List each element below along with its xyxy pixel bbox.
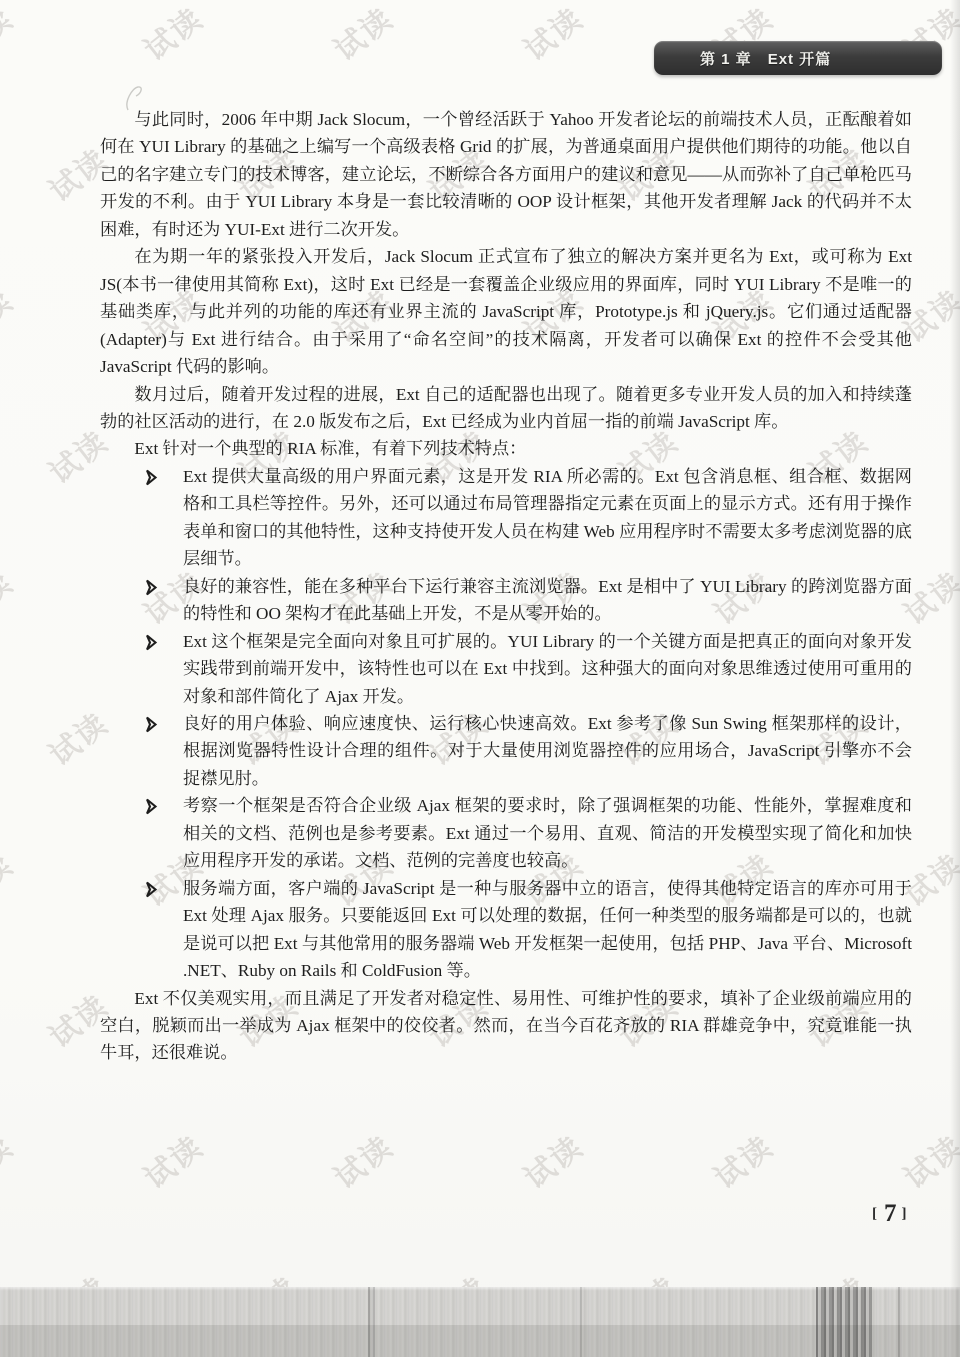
watermark-text: 试读 xyxy=(0,277,21,351)
paragraph: 在为期一年的紧张投入开发后，Jack Slocum 正式宣布了独立的解决方案并更… xyxy=(100,243,912,380)
scan-bar-cluster xyxy=(580,1287,585,1357)
list-intro: Ext 针对一个典型的 RIA 标准，有着下列技术特点： xyxy=(100,435,912,462)
watermark-text: 试读 xyxy=(513,0,591,69)
page-number: [7] xyxy=(872,1200,909,1228)
bullet-text: 服务端方面，客户端的 JavaScript 是一种与服务器中立的语言，使得其他特… xyxy=(183,879,912,980)
page-number-bracket: ] xyxy=(902,1206,909,1222)
page-number-bracket: [ xyxy=(872,1206,879,1222)
arrow-bullet-icon xyxy=(145,716,158,733)
bullet-text: 考察一个框架是否符合企业级 Ajax 框架的要求时，除了强调框架的功能、性能外，… xyxy=(183,796,912,870)
bullet-item: Ext 这个框架是完全面向对象且可扩展的。YUI Library 的一个关键方面… xyxy=(100,628,912,710)
watermark-text: 试读 xyxy=(0,0,21,69)
watermark-text: 试读 xyxy=(133,1123,211,1197)
scan-bar-cluster xyxy=(816,1287,872,1357)
bullet-text: 良好的用户体验、响应速度快、运行核心快速高效。Ext 参考了像 Sun Swin… xyxy=(183,714,912,788)
bullet-text: Ext 这个框架是完全面向对象且可扩展的。YUI Library 的一个关键方面… xyxy=(183,632,912,706)
watermark-text: 试读 xyxy=(0,1123,21,1197)
bullet-text: 良好的兼容性，能在多种平台下运行兼容主流浏览器。Ext 是相中了 YUI Lib… xyxy=(183,577,912,623)
scan-artifact-strip xyxy=(0,1287,960,1357)
bullet-item: 良好的用户体验、响应速度快、运行核心快速高效。Ext 参考了像 Sun Swin… xyxy=(100,710,912,792)
watermark-text: 试读 xyxy=(323,0,401,69)
closing-paragraph: Ext 不仅美观实用，而且满足了开发者对稳定性、易用性、可维护性的要求，填补了企… xyxy=(100,985,912,1067)
bullet-item: 考察一个框架是否符合企业级 Ajax 框架的要求时，除了强调框架的功能、性能外，… xyxy=(100,792,912,874)
page-body-text: 与此同时，2006 年中期 Jack Slocum，一个曾经活跃于 Yahoo … xyxy=(100,106,912,1067)
arrow-bullet-icon xyxy=(145,798,158,815)
chapter-header-bar: 第 1 章 Ext 开篇 xyxy=(654,41,942,75)
watermark-text: 试读 xyxy=(133,0,211,69)
arrow-bullet-icon xyxy=(145,469,158,486)
bullet-text: Ext 提供大量高级的用户界面元素，这是开发 RIA 所必需的。Ext 包含消息… xyxy=(183,467,912,568)
bullet-item: 良好的兼容性，能在多种平台下运行兼容主流浏览器。Ext 是相中了 YUI Lib… xyxy=(100,573,912,628)
feature-bullet-list: Ext 提供大量高级的用户界面元素，这是开发 RIA 所必需的。Ext 包含消息… xyxy=(100,463,912,985)
scanned-book-page: 试读试读试读试读试读试读试读试读试读试读试读试读试读试读试读试读试读试读试读试读… xyxy=(0,0,960,1357)
bullet-item: 服务端方面，客户端的 JavaScript 是一种与服务器中立的语言，使得其他特… xyxy=(100,875,912,985)
bullet-item: Ext 提供大量高级的用户界面元素，这是开发 RIA 所必需的。Ext 包含消息… xyxy=(100,463,912,573)
watermark-text: 试读 xyxy=(323,1123,401,1197)
scan-bar-cluster xyxy=(368,1287,375,1357)
paragraph: 数月过后，随着开发过程的进展，Ext 自己的适配器也出现了。随着更多专业开发人员… xyxy=(100,381,912,436)
watermark-text: 试读 xyxy=(703,1123,781,1197)
arrow-bullet-icon xyxy=(145,634,158,651)
chapter-title: Ext 开篇 xyxy=(768,48,832,69)
page-number-value: 7 xyxy=(884,1200,897,1227)
arrow-bullet-icon xyxy=(145,579,158,596)
watermark-text: 试读 xyxy=(0,841,21,915)
scan-bar-cluster xyxy=(898,1287,902,1357)
chapter-label: 第 1 章 xyxy=(700,48,752,69)
arrow-bullet-icon xyxy=(145,881,158,898)
paragraph: 与此同时，2006 年中期 Jack Slocum，一个曾经活跃于 Yahoo … xyxy=(100,106,912,243)
watermark-text: 试读 xyxy=(0,559,21,633)
page-edge-shadow xyxy=(950,0,960,1357)
watermark-text: 试读 xyxy=(513,1123,591,1197)
